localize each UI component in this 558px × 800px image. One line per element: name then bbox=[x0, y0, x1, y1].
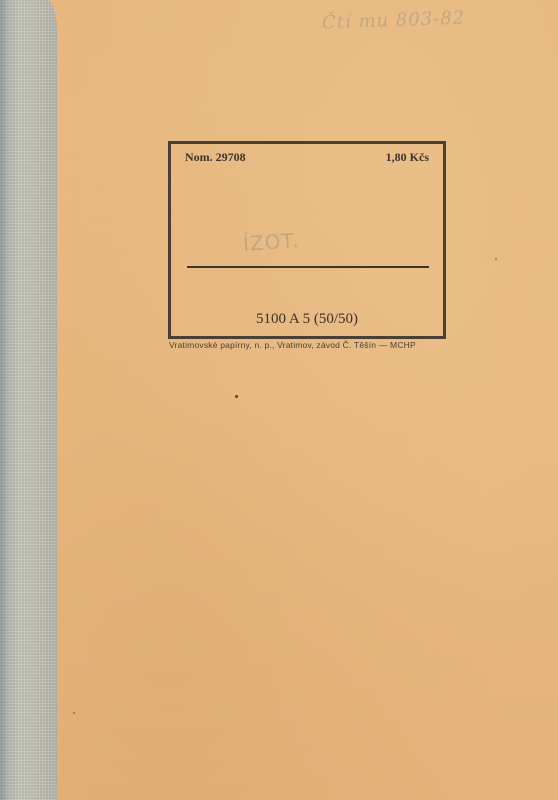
paper-speck bbox=[235, 395, 238, 398]
label-price: 1,80 Kčs bbox=[386, 150, 429, 165]
paper-speck bbox=[495, 258, 497, 260]
handwritten-title: ÍZOT. bbox=[242, 228, 300, 256]
title-line bbox=[187, 266, 429, 268]
cover-label-box: Nom. 29708 1,80 Kčs ÍZOT. 5100 A 5 (50/5… bbox=[168, 141, 446, 339]
paper-speck bbox=[73, 712, 75, 714]
label-nom-number: Nom. 29708 bbox=[185, 150, 246, 165]
cloth-spine bbox=[0, 0, 57, 800]
manufacturer-imprint: Vratimovské papírny, n. p., Vratimov, zá… bbox=[169, 340, 416, 350]
notebook-cover bbox=[0, 0, 558, 800]
label-product-code: 5100 A 5 (50/50) bbox=[171, 311, 443, 328]
spine-edge-shadow bbox=[0, 0, 8, 800]
